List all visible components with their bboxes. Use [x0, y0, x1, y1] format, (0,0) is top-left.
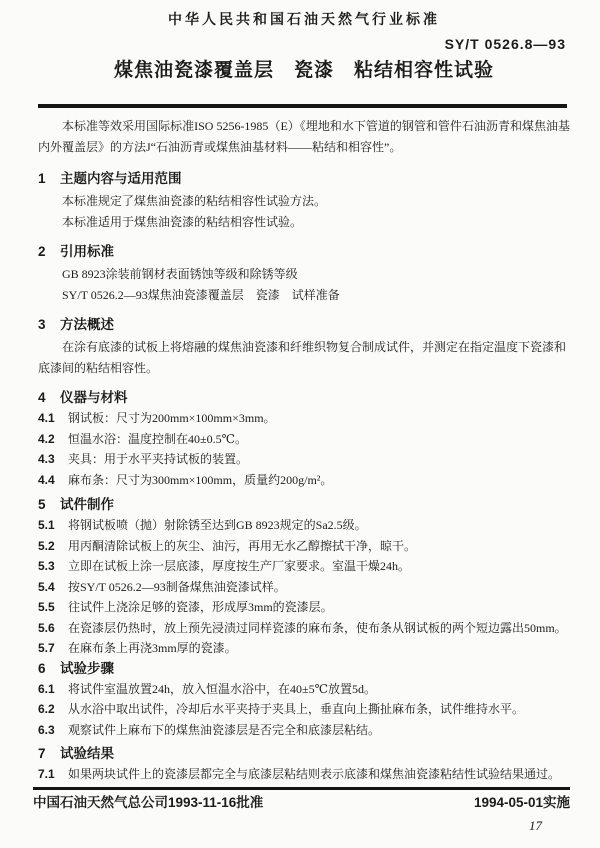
standard-header-title: 中华人民共和国石油天然气行业标准 [38, 10, 570, 28]
clause-number: 6.1 [38, 679, 68, 700]
clause-row: 6.2 从水浴中取出试件，冷却后水平夹持于夹具上，垂直向上撕扯麻布条，试件维持水… [38, 699, 570, 720]
clause-number: 5.3 [38, 556, 68, 577]
clause-row: 5.6 在瓷漆层仍热时，放上预先浸渍过同样瓷漆的麻布条，使布条从钢试板的两个短边… [38, 618, 570, 639]
clause-number: 6.2 [38, 699, 68, 720]
clause-number: 5.6 [38, 618, 68, 639]
clause-row: 5.4 按SY/T 0526.2—93制备煤焦油瓷漆试样。 [38, 577, 570, 598]
clause-number: 4.2 [38, 429, 68, 450]
paragraph: 在涂有底漆的试板上将熔融的煤焦油瓷漆和纤维织物复合制成试件，并测定在指定温度下瓷… [38, 337, 570, 379]
section-heading-3: 3 方法概述 [38, 315, 570, 335]
clause-text: 按SY/T 0526.2—93制备煤焦油瓷漆试样。 [68, 577, 570, 598]
page-number: 17 [38, 817, 570, 834]
intro-paragraph: 本标准等效采用国际标准ISO 5256-1985（E）《埋地和水下管道的钢管和管… [38, 116, 570, 158]
clause-text: 恒温水浴：温度控制在40±0.5℃。 [68, 429, 570, 450]
clause-number: 5.1 [38, 515, 68, 536]
section-title: 试验结果 [60, 744, 114, 764]
clause-number: 5.5 [38, 597, 68, 618]
document-page: 中华人民共和国石油天然气行业标准 SY/T 0526.8—93 煤焦油瓷漆覆盖层… [0, 0, 600, 848]
clause-text: 在瓷漆层仍热时，放上预先浸渍过同样瓷漆的麻布条，使布条从钢试板的两个短边露出50… [68, 618, 570, 639]
clause-text: 观察试件上麻布下的煤焦油瓷漆层是否完全和底漆层粘结。 [68, 720, 570, 741]
clause-text: 立即在试板上涂一层底漆，厚度按生产厂家要求。室温干燥24h。 [68, 556, 570, 577]
clause-row: 4.2 恒温水浴：温度控制在40±0.5℃。 [38, 429, 570, 450]
clause-row: 5.3 立即在试板上涂一层底漆，厚度按生产厂家要求。室温干燥24h。 [38, 556, 570, 577]
clause-text: 麻布条：尺寸为300mm×100mm，质量约200g/m²。 [68, 470, 570, 491]
section-number: 7 [38, 744, 60, 764]
section-heading-6: 6 试验步骤 [38, 659, 570, 679]
section-number: 1 [38, 169, 60, 189]
section-heading-1: 1 主题内容与适用范围 [38, 169, 570, 189]
clause-number: 6.3 [38, 720, 68, 741]
clause-text: 从水浴中取出试件，冷却后水平夹持于夹具上，垂直向上撕扯麻布条，试件维持水平。 [68, 699, 570, 720]
section-number: 4 [38, 388, 60, 408]
section-title: 试件制作 [60, 495, 114, 515]
section-heading-7: 7 试验结果 [38, 744, 570, 764]
clause-row: 4.3 夹具：用于水平夹持试板的装置。 [38, 449, 570, 470]
clause-number: 5.7 [38, 638, 68, 659]
clause-text: 钢试板：尺寸为200mm×100mm×3mm。 [68, 408, 570, 429]
clause-row: 5.7 在麻布条上再浇3mm厚的瓷漆。 [38, 638, 570, 659]
section-title: 试验步骤 [60, 659, 114, 679]
section-title: 主题内容与适用范围 [60, 169, 182, 189]
clause-row: 5.5 往试件上浇涂足够的瓷漆，形成厚3mm的瓷漆层。 [38, 597, 570, 618]
clause-number: 4.4 [38, 470, 68, 491]
paragraph: 本标准规定了煤焦油瓷漆的粘结相容性试验方法。 [38, 191, 570, 212]
section-number: 6 [38, 659, 60, 679]
clause-text: 在麻布条上再浇3mm厚的瓷漆。 [68, 638, 570, 659]
section-heading-2: 2 引用标准 [38, 242, 570, 262]
standard-number: SY/T 0526.8—93 [38, 35, 570, 53]
clause-row: 5.2 用丙酮清除试板上的灰尘、油污，再用无水乙醇擦拭干净，晾干。 [38, 536, 570, 557]
clause-row: 6.1 将试件室温放置24h，放入恒温水浴中，在40±5℃放置5d。 [38, 679, 570, 700]
referenced-standard: GB 8923涂装前钢材表面锈蚀等级和除锈等级 [38, 264, 570, 285]
implementation-text: 1994-05-01实施 [474, 794, 570, 812]
clause-text: 用丙酮清除试板上的灰尘、油污，再用无水乙醇擦拭干净，晾干。 [68, 536, 570, 557]
footer-divider-rule [33, 787, 570, 791]
section-number: 5 [38, 495, 60, 515]
section-heading-4: 4 仪器与材料 [38, 388, 570, 408]
clause-number: 7.1 [38, 764, 68, 785]
clause-text: 如果两块试件上的瓷漆层都完全与底漆层粘结则表示底漆和煤焦油瓷漆粘结性试验结果通过… [68, 764, 570, 785]
footer-row: 中国石油天然气总公司1993-11-16批准 1994-05-01实施 [33, 794, 570, 812]
section-title: 引用标准 [60, 242, 114, 262]
clause-row: 4.1 钢试板：尺寸为200mm×100mm×3mm。 [38, 408, 570, 429]
clause-number: 5.4 [38, 577, 68, 598]
clause-number: 4.1 [38, 408, 68, 429]
clause-text: 往试件上浇涂足够的瓷漆，形成厚3mm的瓷漆层。 [68, 597, 570, 618]
clause-row: 5.1 将钢试板喷（抛）射除锈至达到GB 8923规定的Sa2.5级。 [38, 515, 570, 536]
clause-text: 夹具：用于水平夹持试板的装置。 [68, 449, 570, 470]
clause-text: 将钢试板喷（抛）射除锈至达到GB 8923规定的Sa2.5级。 [68, 515, 570, 536]
section-title: 方法概述 [60, 315, 114, 335]
section-heading-5: 5 试件制作 [38, 495, 570, 515]
section-number: 3 [38, 315, 60, 335]
clause-row: 6.3 观察试件上麻布下的煤焦油瓷漆层是否完全和底漆层粘结。 [38, 720, 570, 741]
clause-number: 5.2 [38, 536, 68, 557]
clause-number: 4.3 [38, 449, 68, 470]
header-divider-rule [38, 104, 567, 108]
referenced-standard: SY/T 0526.2—93煤焦油瓷漆覆盖层 瓷漆 试样准备 [38, 285, 570, 306]
clause-text: 将试件室温放置24h，放入恒温水浴中，在40±5℃放置5d。 [68, 679, 570, 700]
section-number: 2 [38, 242, 60, 262]
document-title: 煤焦油瓷漆覆盖层 瓷漆 粘结相容性试验 [38, 58, 570, 84]
clause-row: 7.1 如果两块试件上的瓷漆层都完全与底漆层粘结则表示底漆和煤焦油瓷漆粘结性试验… [38, 764, 570, 785]
approval-text: 中国石油天然气总公司1993-11-16批准 [33, 794, 263, 812]
clause-row: 4.4 麻布条：尺寸为300mm×100mm，质量约200g/m²。 [38, 470, 570, 491]
paragraph: 本标准适用于煤焦油瓷漆的粘结相容性试验。 [38, 212, 570, 233]
section-title: 仪器与材料 [60, 388, 128, 408]
